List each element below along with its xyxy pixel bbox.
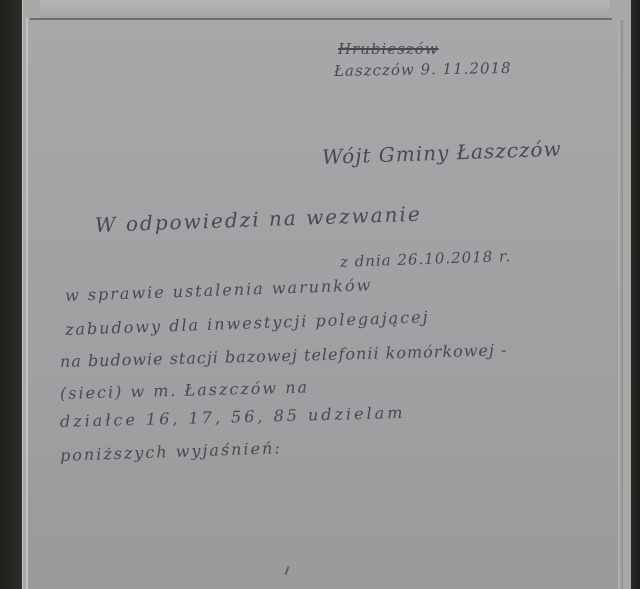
place-and-date: Łaszczów 9. 11.2018 xyxy=(334,59,512,80)
underlying-sheet-top-edge xyxy=(40,0,610,18)
page-right-edge xyxy=(618,20,623,589)
background-left xyxy=(0,0,22,589)
struck-place-name: Hrubieszów xyxy=(338,40,439,58)
letter-page xyxy=(26,18,622,589)
